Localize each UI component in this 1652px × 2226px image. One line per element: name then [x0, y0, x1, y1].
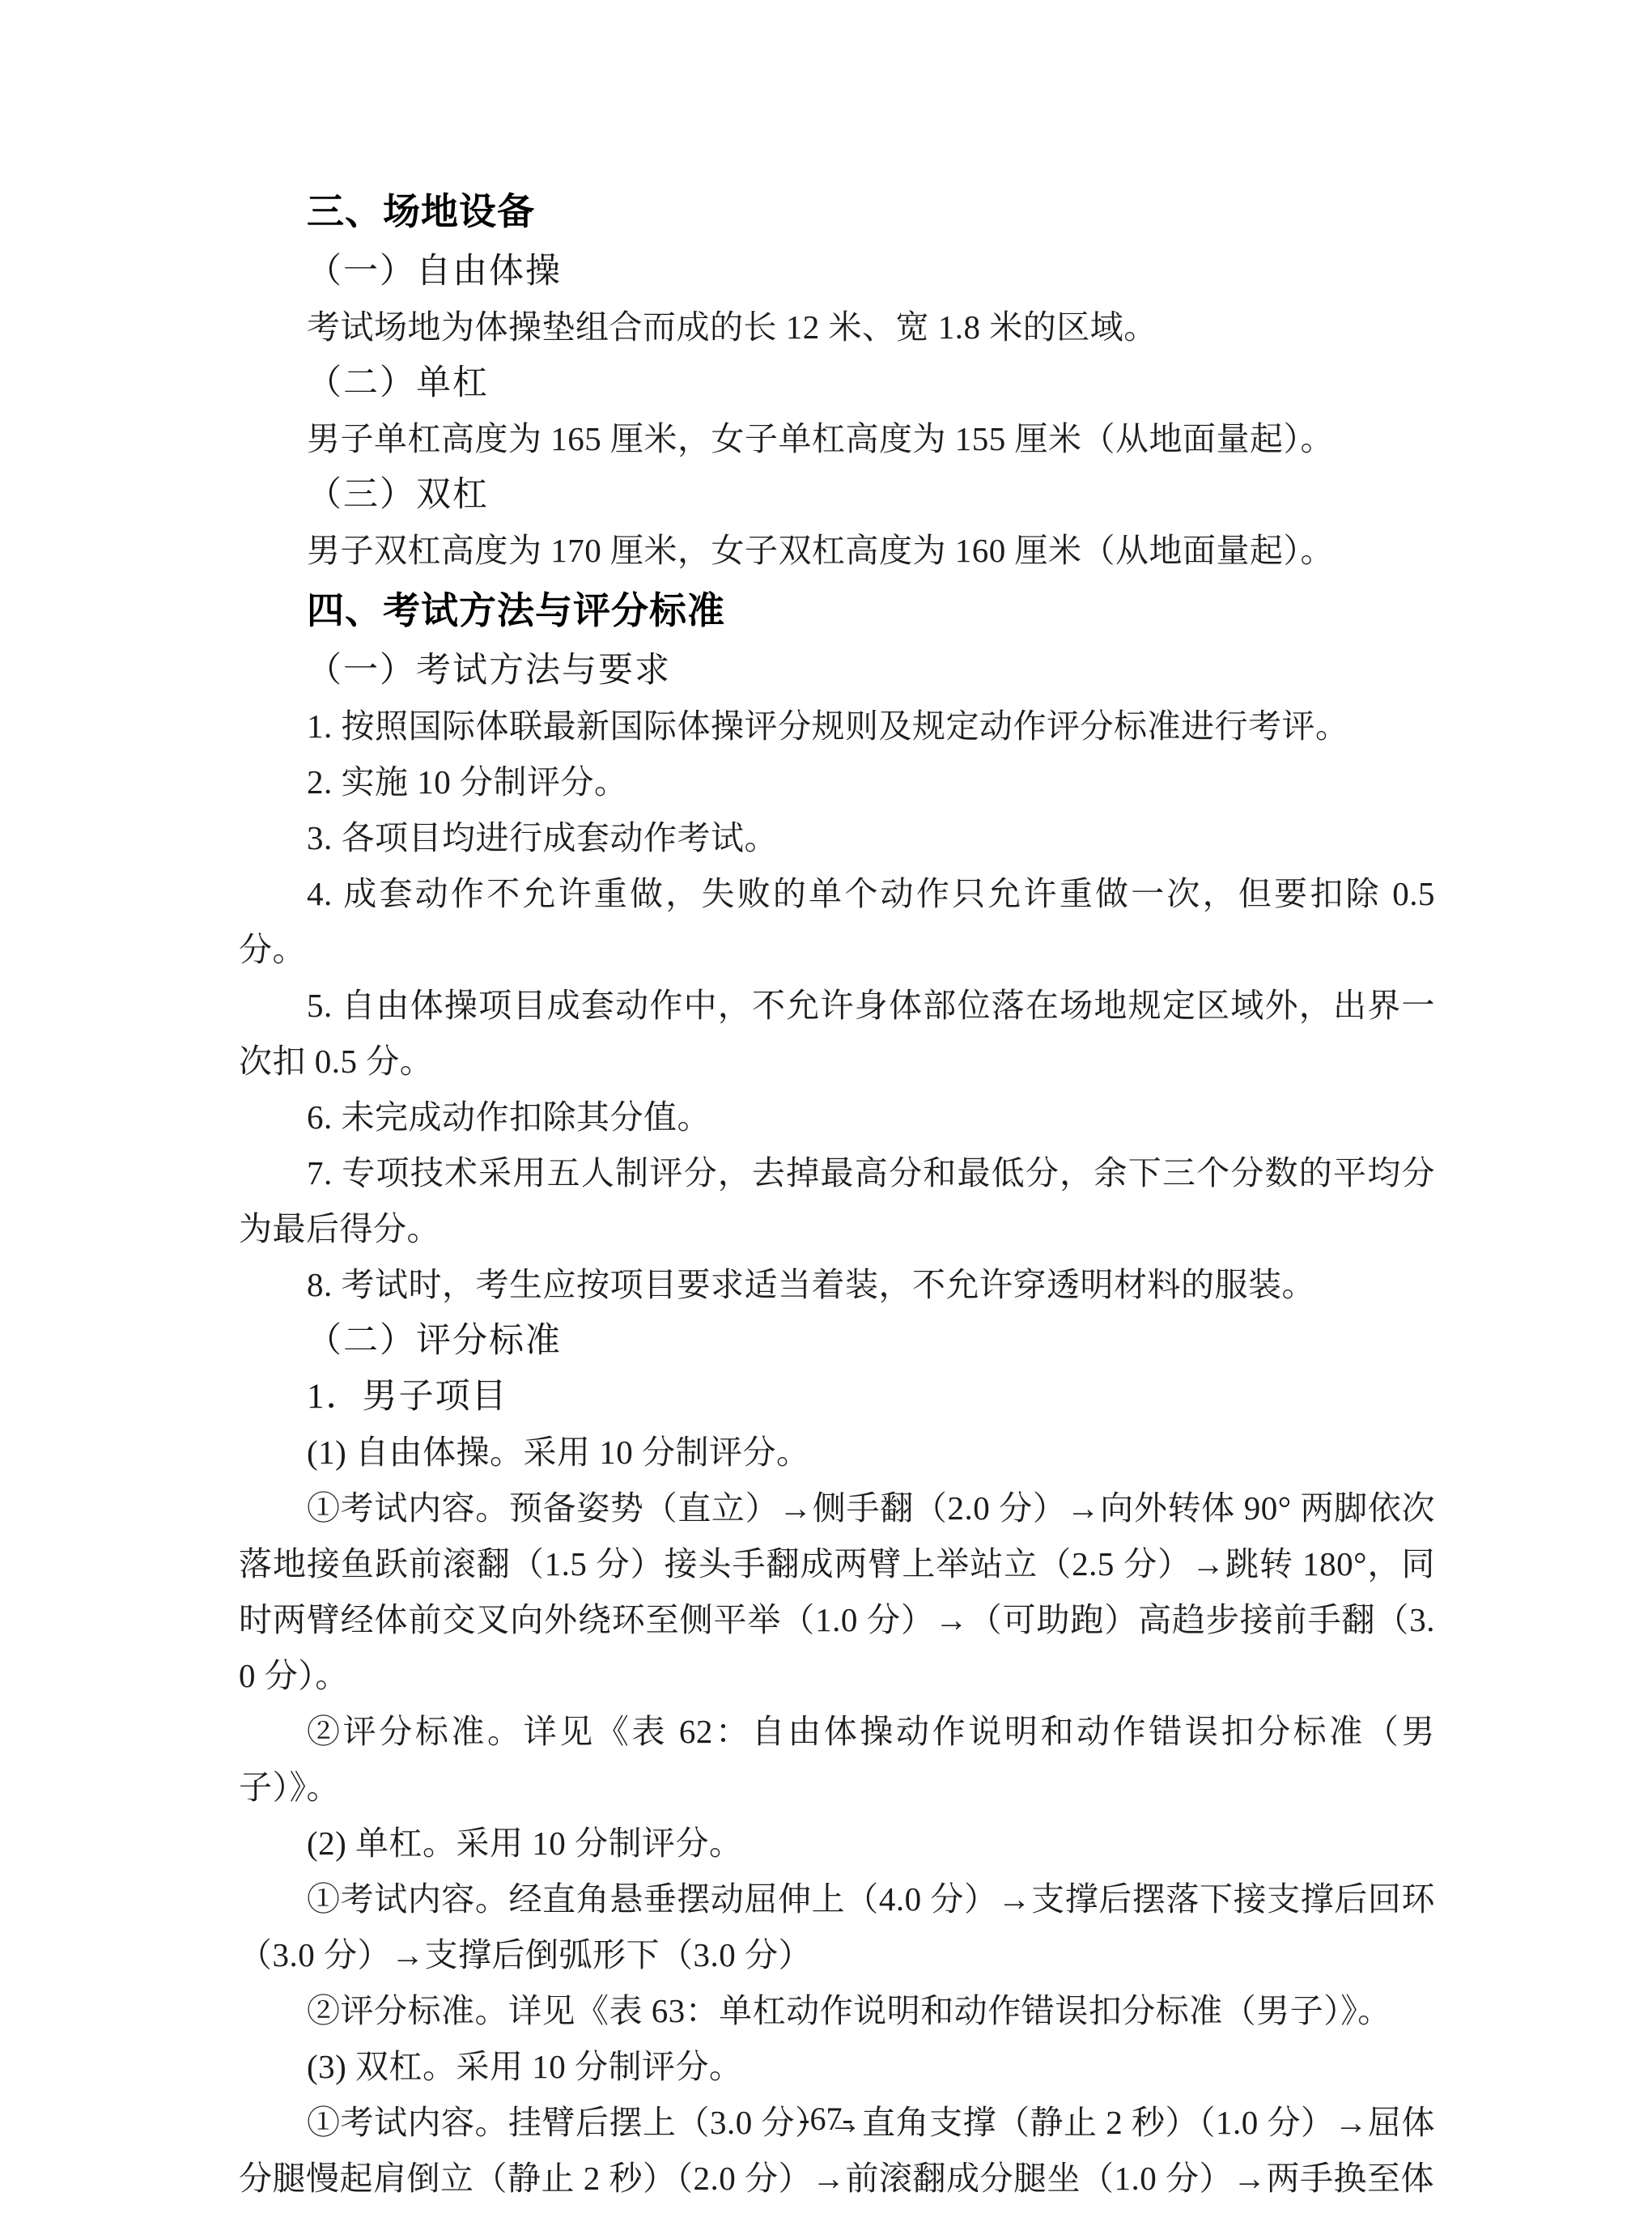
body-paragraph: 7. 专项技术采用五人制评分，去掉最高分和最低分，余下三个分数的平均分为最后得分… — [239, 1145, 1435, 1257]
body-paragraph: (1) 自由体操。采用 10 分制评分。 — [239, 1425, 1435, 1480]
body-paragraph: 考试场地为体操垫组合而成的长 12 米、宽 1.8 米的区域。 — [239, 299, 1435, 355]
body-paragraph: 6. 未完成动作扣除其分值。 — [239, 1090, 1435, 1145]
body-paragraph: (2) 单杠。采用 10 分制评分。 — [239, 1816, 1435, 1871]
page-number: -67- — [0, 2095, 1652, 2143]
body-paragraph: 男子双杠高度为 170 厘米，女子双杠高度为 160 厘米（从地面量起）。 — [239, 523, 1435, 579]
sub-heading: 1．男子项目 — [239, 1369, 1435, 1425]
body-paragraph: (3) 双杠。采用 10 分制评分。 — [239, 2039, 1435, 2095]
section-heading: 三、场地设备 — [239, 184, 1435, 240]
sub-heading: （二）单杠 — [239, 355, 1435, 411]
sub-heading: （一）自由体操 — [239, 244, 1435, 299]
document-content: 三、场地设备（一）自由体操考试场地为体操垫组合而成的长 12 米、宽 1.8 米… — [239, 180, 1435, 2207]
body-paragraph: 5. 自由体操项目成套动作中，不允许身体部位落在场地规定区域外，出界一次扣 0.… — [239, 978, 1435, 1090]
body-paragraph: 男子单杠高度为 165 厘米，女子单杠高度为 155 厘米（从地面量起）。 — [239, 411, 1435, 467]
body-paragraph: ②评分标准。详见《表 63：单杠动作说明和动作错误扣分标准（男子）》。 — [239, 1983, 1435, 2039]
body-paragraph: 3. 各项目均进行成套动作考试。 — [239, 810, 1435, 866]
sub-heading: （一）考试方法与要求 — [239, 643, 1435, 699]
document-page: 三、场地设备（一）自由体操考试场地为体操垫组合而成的长 12 米、宽 1.8 米… — [0, 0, 1652, 2226]
body-paragraph: ②评分标准。详见《表 62：自由体操动作说明和动作错误扣分标准（男子）》。 — [239, 1704, 1435, 1816]
body-paragraph: 1. 按照国际体联最新国际体操评分规则及规定动作评分标准进行考评。 — [239, 699, 1435, 754]
body-paragraph: 8. 考试时，考生应按项目要求适当着装，不允许穿透明材料的服装。 — [239, 1257, 1435, 1313]
section-heading: 四、考试方法与评分标准 — [239, 583, 1435, 639]
sub-heading: （二）评分标准 — [239, 1313, 1435, 1369]
body-paragraph: ①考试内容。预备姿势（直立）→侧手翻（2.0 分）→向外转体 90° 两脚依次落… — [239, 1480, 1435, 1704]
sub-heading: （三）双杠 — [239, 467, 1435, 523]
body-paragraph: 4. 成套动作不允许重做，失败的单个动作只允许重做一次，但要扣除 0.5 分。 — [239, 866, 1435, 978]
body-paragraph: 2. 实施 10 分制评分。 — [239, 754, 1435, 810]
body-paragraph: ①考试内容。经直角悬垂摆动屈伸上（4.0 分）→支撑后摆落下接支撑后回环（3.0… — [239, 1871, 1435, 1983]
